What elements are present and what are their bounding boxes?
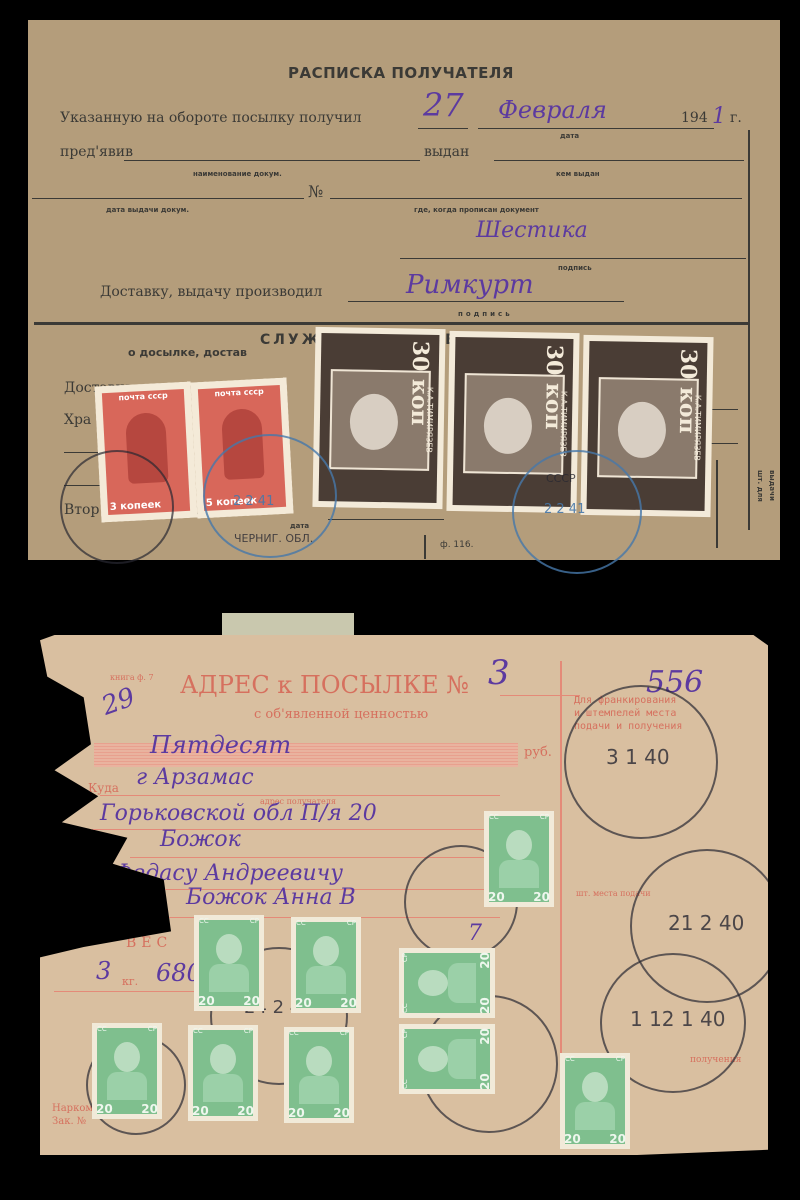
postmark-left bbox=[60, 450, 174, 564]
received-day: 27 bbox=[423, 86, 464, 124]
presented-label: пред'явив bbox=[60, 144, 133, 160]
form-number: ф. 116. bbox=[440, 540, 473, 550]
service-marks-subtitle: о досылке, достав bbox=[128, 346, 247, 359]
from-name: Божок Анна В bbox=[186, 885, 356, 910]
issued-label: выдан bbox=[424, 144, 469, 160]
receipt-card: РАСПИСКА ПОЛУЧАТЕЛЯ Указанную на обороте… bbox=[28, 20, 780, 560]
weight-label: ВЕС bbox=[126, 935, 172, 951]
year-suffix: 1 bbox=[712, 104, 726, 129]
number-sign: № bbox=[308, 182, 323, 201]
address-label: Куда bbox=[88, 781, 119, 795]
right-caption-2: выдачи bbox=[768, 470, 776, 501]
kg-unit: кг. bbox=[122, 975, 138, 988]
green-stamp: СССР2020 bbox=[194, 915, 264, 1011]
received-month: Февраля bbox=[498, 96, 607, 124]
declared-value: Пятдесят bbox=[150, 731, 291, 759]
bottom-note-1: Нарком bbox=[52, 1103, 93, 1114]
address-line-1: г Арзамас bbox=[136, 765, 254, 790]
green-stamp: СССР2020 bbox=[188, 1025, 258, 1121]
green-stamp: СССР2020 bbox=[399, 1024, 495, 1094]
corner-number: 29 bbox=[98, 682, 139, 722]
doc-name-caption: наименование докум. bbox=[193, 170, 282, 178]
address-line-2: Горьковской обл П/я 20 bbox=[100, 801, 377, 826]
signature-caption: подпись bbox=[558, 264, 592, 272]
issue-date-caption: дата выдачи докум. bbox=[106, 206, 189, 214]
postmark-center-text: ЧЕРНИГ. ОБЛ. bbox=[234, 532, 313, 545]
weight-kg: 3 bbox=[96, 957, 111, 985]
right-caption-1: шт. для bbox=[756, 470, 764, 502]
postmark-ostersk-date: 3 1 40 bbox=[606, 745, 670, 769]
to-line-1: Божок bbox=[160, 827, 241, 852]
postmark-norovsk-date: 21 2 40 bbox=[668, 911, 744, 935]
to-line-2: Федасу Андреевичу bbox=[114, 861, 343, 886]
recipient-signature: Шестика bbox=[476, 218, 588, 243]
parcel-number: 3 bbox=[488, 653, 510, 693]
green-stamp: СССР2020 bbox=[484, 811, 554, 907]
from-label: кого bbox=[120, 897, 153, 913]
green-stamp: СССР2020 bbox=[560, 1053, 630, 1149]
parcel-subtitle: с об'явленной ценностью bbox=[254, 707, 428, 722]
currency-label: руб. bbox=[524, 745, 552, 760]
bottom-note-2: Зак. № bbox=[52, 1116, 86, 1127]
registration-caption: где, когда прописан документ bbox=[414, 206, 539, 214]
issued-by-caption: кем выдан bbox=[556, 170, 600, 178]
green-stamp: СССР2020 bbox=[291, 917, 361, 1013]
postmark-arzamas-date: 1 12 1 40 bbox=[630, 1007, 725, 1031]
postmark-center-date: 2 2 41 bbox=[233, 494, 274, 509]
form-tag: книга ф. 7 bbox=[110, 673, 154, 682]
delivery-label: Доставку, выдачу производил bbox=[100, 284, 322, 300]
green-stamp: СССР2020 bbox=[284, 1027, 354, 1123]
delivery-signature-caption: подпись bbox=[458, 310, 513, 318]
received-label: Указанную на обороте посылку получил bbox=[60, 110, 361, 126]
parcel-title: АДРЕС к ПОСЫЛКЕ № bbox=[180, 671, 469, 699]
postmark-right-date: 2 2 41 bbox=[544, 502, 585, 517]
receipt-title: РАСПИСКА ПОЛУЧАТЕЛЯ bbox=[288, 64, 514, 82]
to-label: Кому bbox=[80, 835, 123, 851]
postmark-right-text: СССР bbox=[546, 472, 576, 485]
green-stamp: СССР2020 bbox=[92, 1023, 162, 1119]
row-storage: Хра bbox=[64, 412, 91, 428]
year-unit: г. bbox=[730, 110, 742, 126]
year-prefix: 194 bbox=[681, 110, 708, 126]
delivery-signature: Римкурт bbox=[406, 270, 534, 300]
green-stamp: СССР2020 bbox=[399, 948, 495, 1018]
parcel-address-card: книга ф. 7 АДРЕС к ПОСЫЛКЕ № 3 с об'явле… bbox=[40, 635, 768, 1155]
date-caption: дата bbox=[560, 132, 579, 140]
